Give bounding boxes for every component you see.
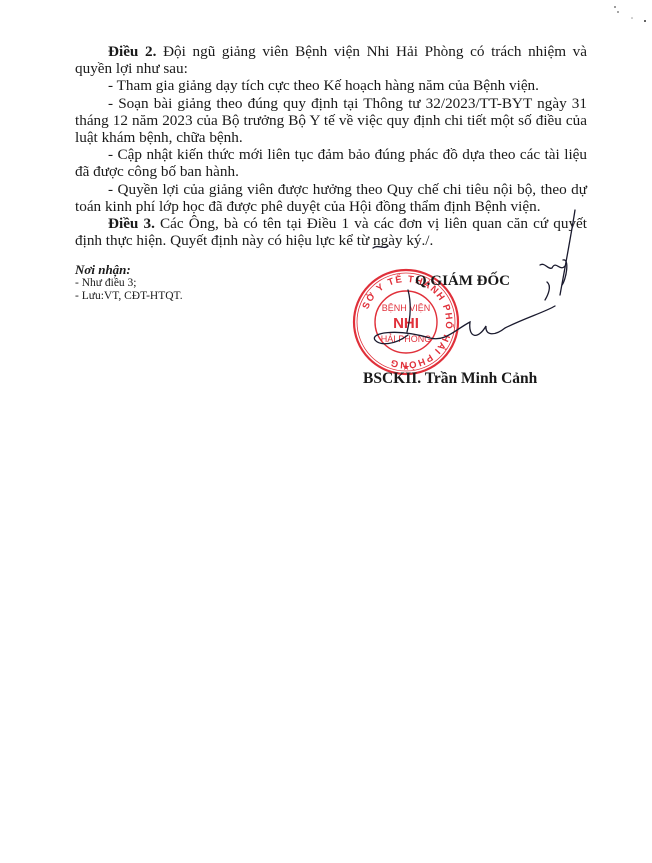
article-2-item: - Cập nhật kiến thức mới liên tục đảm bả…: [75, 146, 587, 180]
scan-specks: [600, 0, 652, 40]
recipients-title: Nơi nhận:: [75, 263, 183, 276]
article-2-heading: Điều 2.: [108, 43, 156, 60]
recipient-item: - Lưu:VT, CĐT-HTQT.: [75, 290, 183, 303]
article-2-item: - Soạn bài giảng theo đúng quy định tại …: [75, 95, 587, 147]
document-page: Điều 2. Đội ngũ giảng viên Bệnh viện Nhi…: [0, 0, 652, 863]
article-2-intro: Điều 2. Đội ngũ giảng viên Bệnh viện Nhi…: [75, 43, 587, 77]
signer-title: Q.GIÁM ĐỐC: [415, 273, 510, 290]
article-2-item: - Tham gia giảng dạy tích cực theo Kế ho…: [75, 77, 587, 94]
recipients-block: Nơi nhận: - Như điều 3; - Lưu:VT, CĐT-HT…: [75, 263, 183, 303]
signer-name: BSCKII. Trần Minh Cảnh: [363, 370, 537, 388]
article-2-item: - Quyền lợi của giảng viên được hưởng th…: [75, 181, 587, 215]
document-body: Điều 2. Đội ngũ giảng viên Bệnh viện Nhi…: [75, 43, 587, 249]
svg-text:HẢI PHÒNG: HẢI PHÒNG: [381, 333, 432, 344]
svg-text:BỆNH VIỆN: BỆNH VIỆN: [382, 303, 431, 313]
article-3-heading: Điều 3.: [108, 215, 155, 232]
svg-text:NHI: NHI: [393, 315, 419, 332]
recipient-item: - Như điều 3;: [75, 277, 183, 290]
article-3: Điều 3. Các Ông, bà có tên tại Điều 1 và…: [75, 215, 587, 249]
